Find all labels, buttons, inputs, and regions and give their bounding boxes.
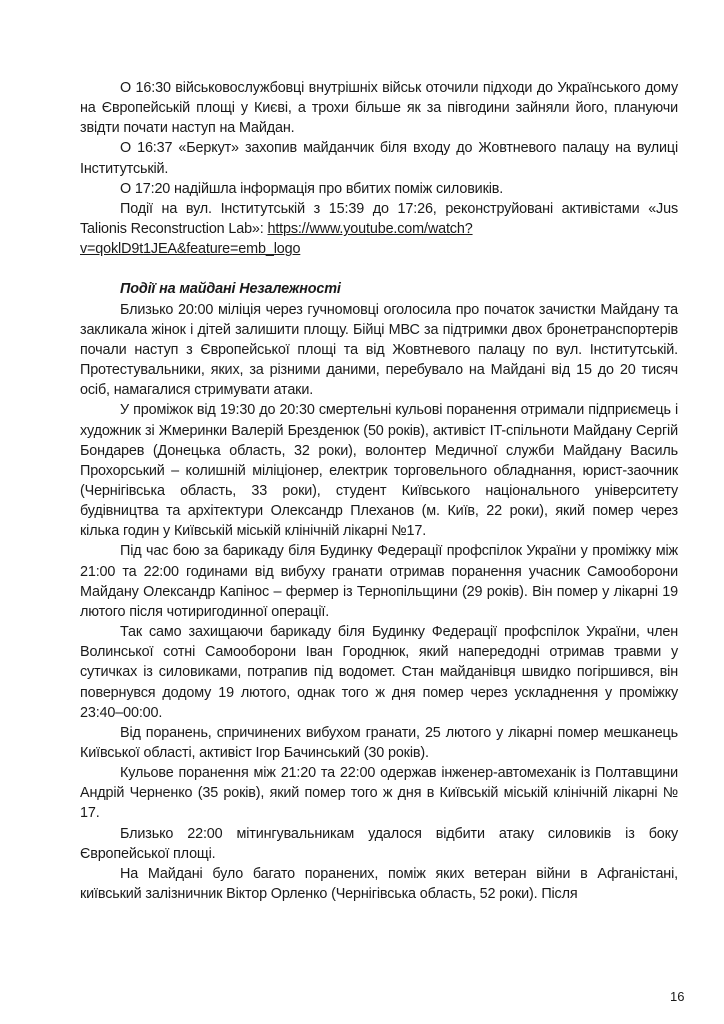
- blank-line: [80, 259, 678, 279]
- paragraph: Від поранень, спричинених вибухом гранат…: [80, 723, 678, 763]
- paragraph: О 16:37 «Беркут» захопив майданчик біля …: [80, 138, 678, 178]
- document-page: О 16:30 військовослужбовці внутрішніх ві…: [80, 78, 678, 904]
- paragraph: У проміжок від 19:30 до 20:30 смертельні…: [80, 400, 678, 541]
- paragraph: О 16:30 військовослужбовці внутрішніх ві…: [80, 78, 678, 138]
- section-heading: Події на майдані Незалежності: [80, 279, 678, 299]
- paragraph: Близько 20:00 міліція через гучномовці о…: [80, 300, 678, 401]
- page-number: 16: [670, 989, 684, 1004]
- reconstruction-paragraph: Події на вул. Інститутській з 15:39 до 1…: [80, 199, 678, 259]
- paragraph: Близько 22:00 мітингувальникам удалося в…: [80, 824, 678, 864]
- paragraph: Під час бою за барикаду біля Будинку Фед…: [80, 541, 678, 622]
- youtube-link-part1[interactable]: https://www.youtube.com/watch?: [267, 221, 472, 237]
- paragraph: На Майдані було багато поранених, поміж …: [80, 864, 678, 904]
- paragraph: Кульове поранення між 21:20 та 22:00 оде…: [80, 763, 678, 823]
- paragraph: Так само захищаючи барикаду біля Будинку…: [80, 622, 678, 723]
- paragraph: О 17:20 надійшла інформація про вбитих п…: [80, 179, 678, 199]
- youtube-link-part2[interactable]: v=qoklD9t1JEA&feature=emb_logo: [80, 241, 300, 257]
